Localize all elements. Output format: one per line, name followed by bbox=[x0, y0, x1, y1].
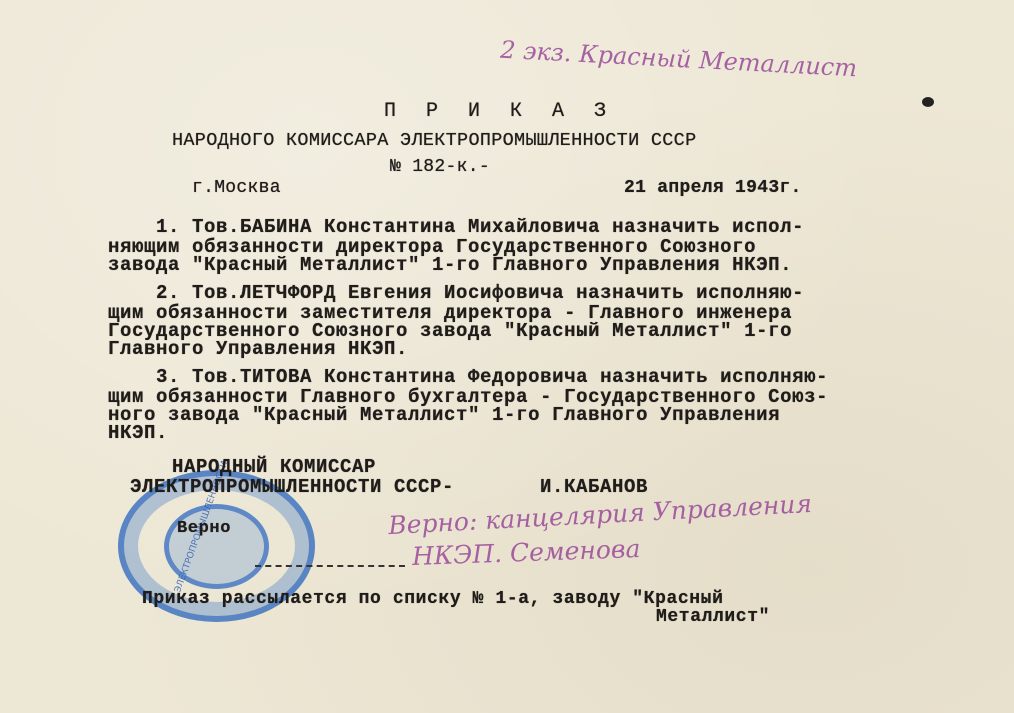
verno-label: Верно bbox=[177, 520, 231, 537]
distribution-line-2: Металлист" bbox=[656, 608, 770, 626]
paragraph-2-line-1: 2. Тов.ЛЕТЧФОРД Евгения Иосифовича назна… bbox=[108, 284, 804, 303]
document-title: П Р И К А З bbox=[384, 100, 615, 123]
ink-blot bbox=[922, 97, 934, 107]
signatory-name: И.КАБАНОВ bbox=[540, 478, 648, 497]
order-date: 21 апреля 1943г. bbox=[624, 178, 802, 198]
signature-title-line-2: ЭЛЕКТРОПРОМЫШЛЕННОСТИ СССР- bbox=[130, 478, 454, 497]
paragraph-3-line-4: НКЭП. bbox=[108, 424, 168, 443]
order-number: № 182-к.- bbox=[390, 157, 490, 177]
paragraph-1-line-3: завода "Красный Металлист" 1-го Главного… bbox=[108, 256, 792, 275]
paragraph-3-line-3: ного завода "Красный Металлист" 1-го Гла… bbox=[108, 406, 780, 425]
paragraph-1-line-1: 1. Тов.БАБИНА Константина Михайловича на… bbox=[108, 218, 804, 237]
dashed-line bbox=[255, 565, 405, 567]
document-subtitle: НАРОДНОГО КОМИССАРА ЭЛЕКТРОПРОМЫШЛЕННОСТ… bbox=[172, 130, 696, 151]
paragraph-3-line-1: 3. Тов.ТИТОВА Константина Федоровича наз… bbox=[108, 368, 828, 387]
distribution-line-1: Приказ рассылается по списку № 1-а, заво… bbox=[142, 590, 724, 608]
signature-title-line-1: НАРОДНЫЙ КОМИССАР bbox=[172, 458, 376, 477]
paragraph-2-line-4: Главного Управления НКЭП. bbox=[108, 340, 408, 359]
city: г.Москва bbox=[192, 178, 281, 198]
